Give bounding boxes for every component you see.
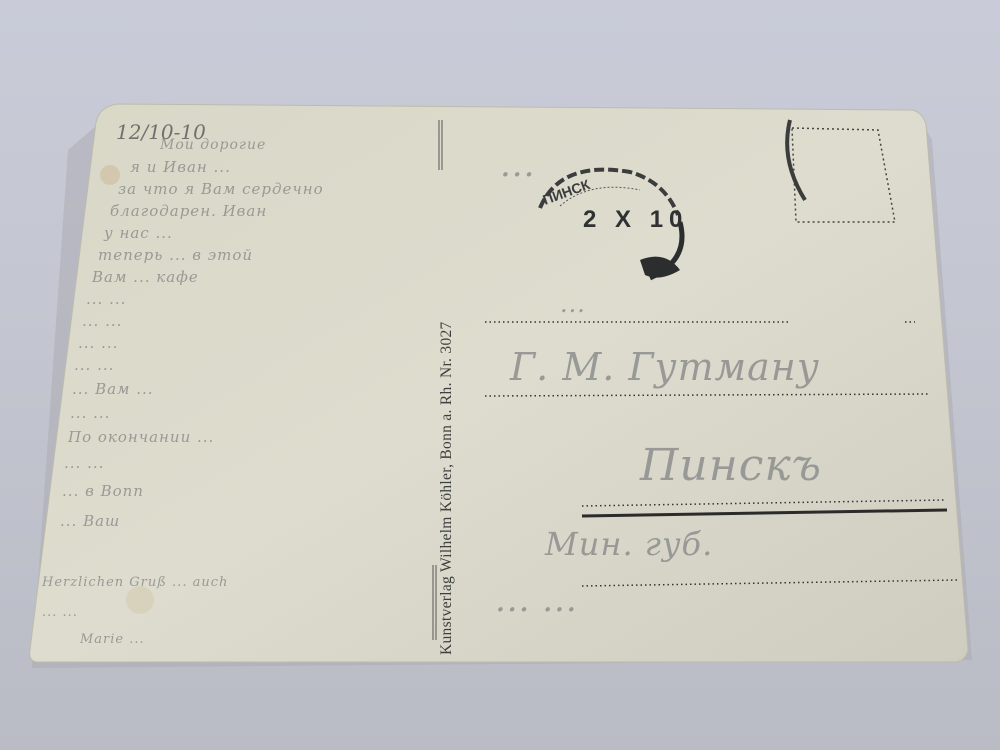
postmark-date: 2 X 10 [583, 206, 688, 234]
message-line: По окончании ... [68, 428, 214, 446]
message-line: ... ... [86, 290, 126, 308]
message-line: ... ... [74, 356, 114, 374]
german-line: Marie ... [80, 632, 145, 647]
message-line: я и Иван ... [130, 158, 231, 176]
message-line: ... ... [70, 404, 110, 422]
message-line: ... ... [78, 334, 118, 352]
publisher-imprint: Kunstverlag Wilhelm Köhler, Bonn a. Rh. … [438, 321, 456, 655]
message-line: Мои дорогие [160, 137, 266, 153]
message-line: ... Ваш [60, 512, 120, 530]
address-line: Мин. губ. [545, 525, 713, 563]
message-line: за что я Вам сердечно [118, 180, 324, 198]
message-line: ... в Bonn [62, 482, 144, 500]
german-line: Herzlichen Gruß ... auch [42, 575, 228, 590]
message-line: теперь ... в этой [98, 246, 253, 264]
postcard-photo: ПИНСК 12/10-10 Kunstverlag Wilhelm Köhle… [0, 0, 1000, 750]
message-line: ... ... [82, 312, 122, 330]
message-line: ... ... [64, 454, 104, 472]
message-line: Вам ... кафе [92, 268, 199, 286]
address-line: Г. М. Гутману [510, 345, 820, 389]
address-line: ... ... [495, 580, 578, 620]
message-line: ... Вам ... [72, 380, 154, 398]
german-line: ... ... [42, 605, 78, 620]
address-line: ... [500, 145, 535, 185]
message-line: у нас ... [104, 224, 173, 242]
address-line: ... [560, 290, 586, 318]
address-line: Пинскъ [640, 440, 822, 491]
message-line: благодарен. Иван [110, 202, 267, 220]
postcard-card: ПИНСК [0, 0, 1000, 750]
